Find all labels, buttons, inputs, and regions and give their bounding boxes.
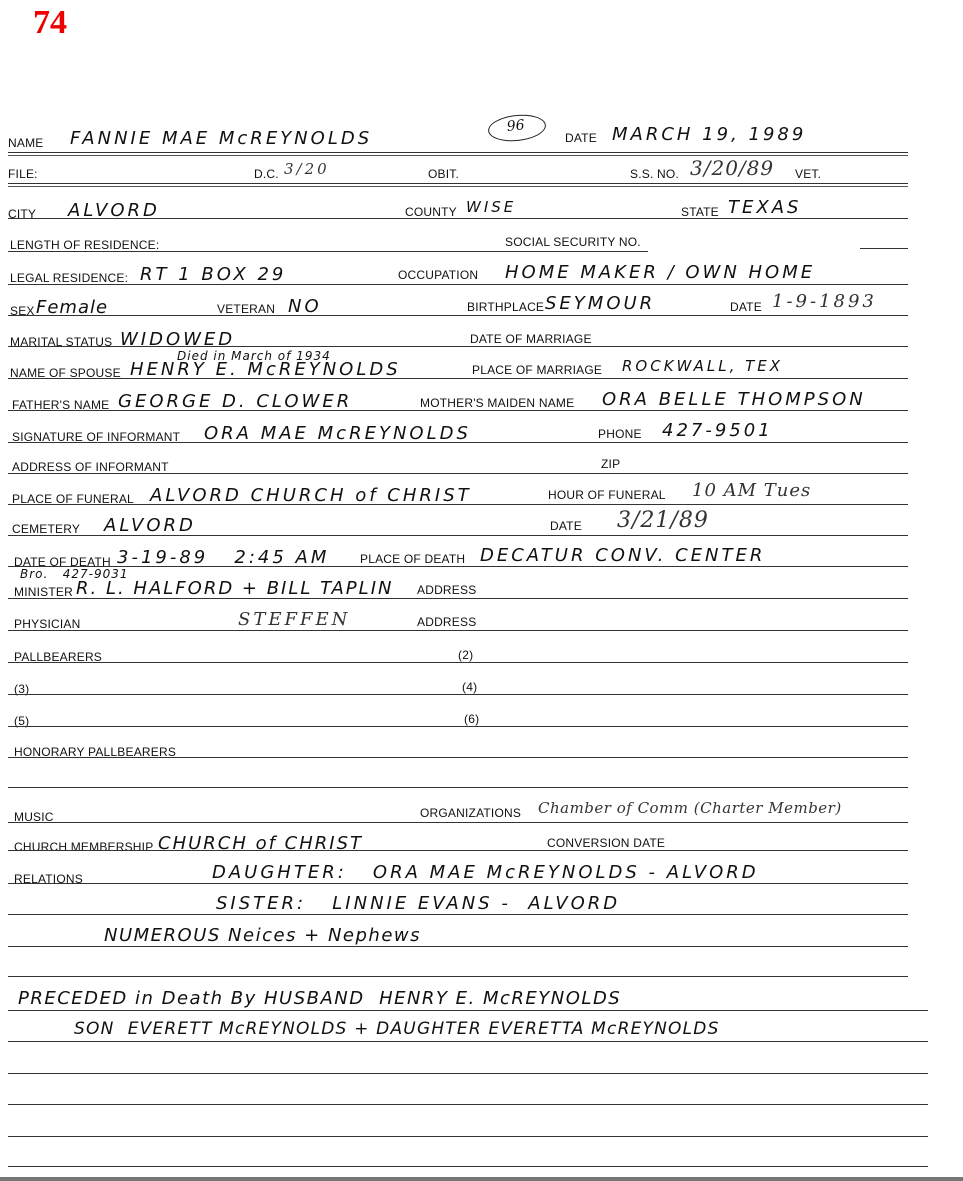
marital-status-line: [8, 346, 908, 347]
relations-line-2: [8, 914, 908, 915]
phone-label: PHONE: [598, 427, 642, 441]
pallbearer-4-label: (4): [462, 680, 477, 694]
minister-label: MINISTER: [14, 585, 73, 599]
page-number: 74: [33, 4, 67, 42]
birthplace-label: BIRTHPLACE: [467, 300, 544, 314]
phone-value[interactable]: 427-9501: [662, 420, 773, 441]
church-membership-label: CHURCH MEMBERSHIP: [14, 840, 153, 854]
legal-residence-value[interactable]: RT 1 BOX 29: [140, 264, 286, 285]
ssn-blank-line: [860, 248, 908, 249]
birthplace-value[interactable]: SEYMOUR: [545, 293, 655, 314]
obit-label: OBIT.: [428, 167, 459, 181]
honorary-line: [8, 757, 908, 758]
place-of-marriage-label: PLACE OF MARRIAGE: [472, 363, 602, 377]
relation-1[interactable]: DAUGHTER: ORA MAE McREYNOLDS - ALVORD: [212, 862, 759, 883]
file-label: FILE:: [8, 167, 38, 181]
cemetery-label: CEMETERY: [12, 522, 80, 536]
state-label: STATE: [681, 205, 719, 219]
page-bottom-edge: [0, 1177, 963, 1181]
veteran-label: VETERAN: [217, 302, 275, 316]
music-line: [8, 822, 908, 823]
fathers-name-line: [8, 410, 908, 411]
relations-line-1: [8, 883, 908, 884]
place-of-funeral-value[interactable]: ALVORD CHURCH of CHRIST: [150, 485, 472, 506]
county-label: COUNTY: [405, 205, 457, 219]
physician-line: [8, 630, 908, 631]
date-label: DATE: [565, 131, 597, 145]
relation-3[interactable]: NUMEROUS Neices + Nephews: [104, 925, 421, 946]
note-2[interactable]: SON EVERETT McREYNOLDS + DAUGHTER EVERET…: [74, 1019, 720, 1039]
length-line: [8, 251, 648, 252]
birth-date-value[interactable]: 1-9-1893: [772, 291, 877, 312]
notes-line-4: [8, 1104, 928, 1105]
funeral-date-label: DATE: [550, 519, 582, 533]
occupation-value[interactable]: HOME MAKER / OWN HOME: [505, 262, 815, 283]
length-of-residence-label: LENGTH OF RESIDENCE:: [10, 238, 159, 252]
organizations-label: ORGANIZATIONS: [420, 806, 521, 820]
dc-value[interactable]: 3/20: [284, 160, 330, 178]
date-of-death-value[interactable]: 3-19-89 2:45 AM: [117, 547, 329, 568]
spouse-line: [8, 378, 908, 379]
relations-line-3: [8, 946, 908, 947]
date-of-marriage-label: DATE OF MARRIAGE: [470, 332, 592, 346]
notes-line-3: [8, 1073, 928, 1074]
city-line: [8, 218, 908, 219]
minister-address-label: ADDRESS: [417, 583, 476, 597]
minister-line: [8, 598, 908, 599]
notes-line-1: [8, 1010, 928, 1011]
pallbearers-line: [8, 662, 908, 663]
relation-2[interactable]: SISTER: LINNIE EVANS - ALVORD: [216, 893, 620, 914]
social-security-no-label: SOCIAL SECURITY NO.: [505, 235, 641, 249]
honorary-line-2: [8, 787, 908, 788]
name-line: [8, 152, 908, 153]
note-1[interactable]: PRECEDED in Death By HUSBAND HENRY E. Mc…: [18, 988, 621, 1009]
zip-label: ZIP: [601, 457, 620, 471]
pallbearer-2-label: (2): [458, 648, 473, 662]
fathers-name-value[interactable]: GEORGE D. CLOWER: [118, 391, 352, 412]
cemetery-value[interactable]: ALVORD: [104, 515, 196, 536]
date-value[interactable]: MARCH 19, 1989: [612, 124, 806, 145]
organizations-value[interactable]: Chamber of Comm (Charter Member): [538, 799, 842, 817]
mothers-maiden-name-value[interactable]: ORA BELLE THOMPSON: [602, 389, 866, 410]
funeral-date-value[interactable]: 3/21/89: [617, 508, 709, 533]
file-line: [8, 183, 908, 184]
legal-residence-line: [8, 284, 908, 285]
legal-residence-label: LEGAL RESIDENCE:: [10, 271, 128, 285]
birth-date-label: DATE: [730, 300, 762, 314]
state-value[interactable]: TEXAS: [728, 197, 801, 218]
notes-line-6: [8, 1166, 928, 1167]
name-label: NAME: [8, 136, 43, 150]
pallbearers-3-line: [8, 694, 908, 695]
occupation-label: OCCUPATION: [398, 268, 478, 282]
physician-value[interactable]: STEFFEN: [238, 609, 350, 630]
cemetery-line: [8, 535, 908, 536]
physician-label: PHYSICIAN: [14, 617, 80, 631]
place-of-death-label: PLACE OF DEATH: [360, 552, 465, 566]
address-of-informant-label: ADDRESS OF INFORMANT: [12, 460, 169, 474]
place-of-marriage-value[interactable]: ROCKWALL, TEX: [622, 357, 783, 375]
church-line: [8, 850, 908, 851]
conversion-date-label: CONVERSION DATE: [547, 836, 665, 850]
pallbearers-5-line: [8, 726, 908, 727]
sex-line: [8, 315, 908, 316]
record-number: 96: [506, 117, 525, 135]
minister-value[interactable]: R. L. HALFORD + BILL TAPLIN: [76, 578, 393, 599]
signature-of-informant-value[interactable]: ORA MAE McREYNOLDS: [204, 423, 471, 444]
ss-no-label: S.S. NO.: [630, 167, 679, 181]
record-number-oval: 96: [487, 112, 547, 144]
hour-of-funeral-label: HOUR OF FUNERAL: [548, 488, 666, 502]
notes-line-5: [8, 1136, 928, 1137]
notes-line-2: [8, 1041, 928, 1042]
spouse-value[interactable]: HENRY E. McREYNOLDS: [130, 359, 401, 380]
funeral-line: [8, 504, 908, 505]
death-line: [8, 566, 908, 567]
name-value[interactable]: FANNIE MAE McREYNOLDS: [70, 128, 372, 149]
address-informant-line: [8, 473, 908, 474]
dc-label: D.C.: [254, 167, 279, 181]
ss-no-value[interactable]: 3/20/89: [690, 156, 774, 180]
veteran-value[interactable]: NO: [288, 296, 322, 317]
place-of-death-value[interactable]: DECATUR CONV. CENTER: [480, 545, 765, 566]
hour-of-funeral-value[interactable]: 10 AM Tues: [692, 480, 811, 501]
physician-address-label: ADDRESS: [417, 615, 476, 629]
relations-line-4: [8, 976, 908, 977]
county-value[interactable]: WISE: [466, 198, 516, 216]
vet-label: VET.: [795, 167, 821, 181]
mothers-maiden-name-label: MOTHER'S MAIDEN NAME: [420, 396, 574, 410]
informant-line: [8, 442, 908, 443]
pallbearer-6-label: (6): [464, 712, 479, 726]
